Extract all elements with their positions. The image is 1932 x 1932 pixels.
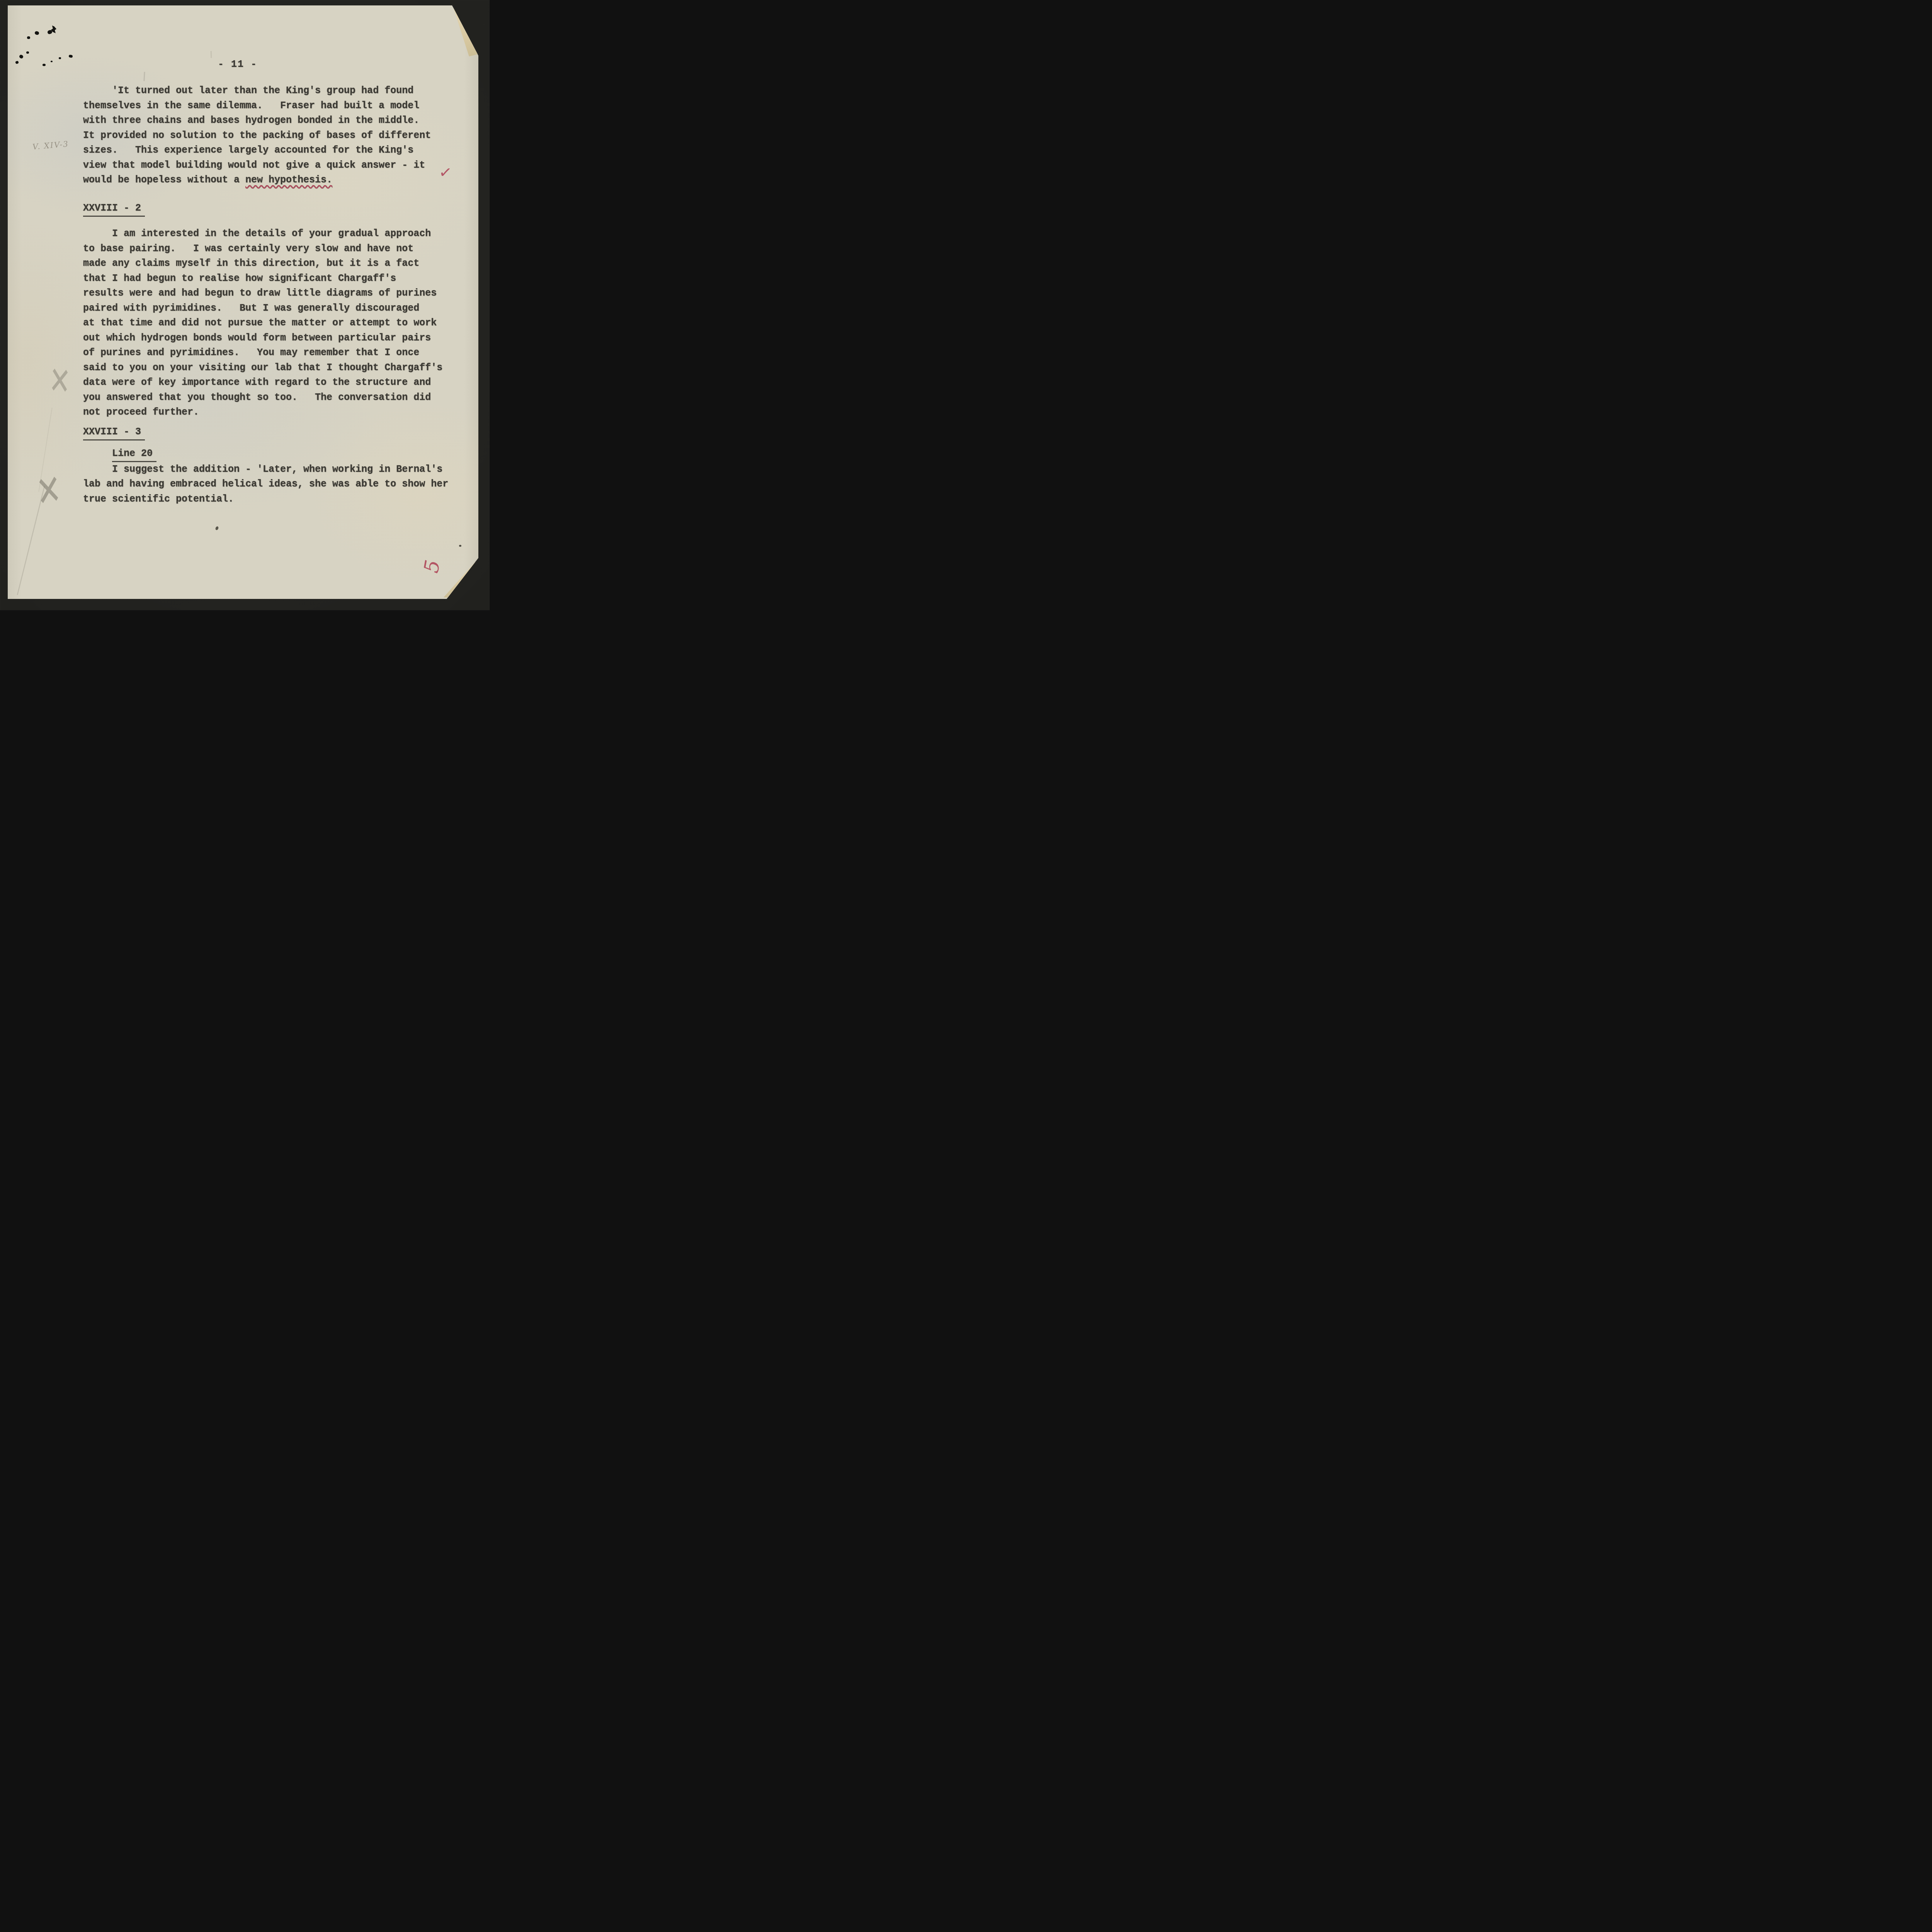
paper-hole-speck [34, 31, 39, 36]
margin-annotation: V. XIV-3 [32, 139, 69, 151]
section-heading-xxviii-3: XXVIII - 3 [83, 426, 145, 440]
section-heading-row: XXVIII - 2 [83, 202, 456, 218]
red-page-flag-number: 5 [420, 558, 445, 575]
scan-background-fabric: - 11 - V. XIV-3 'It turned out later tha… [0, 0, 490, 610]
red-underlined-phrase: new hypothesis. [245, 174, 332, 185]
pencil-smudge [143, 72, 145, 81]
typed-text-column: 'It turned out later than the King's gro… [83, 83, 456, 507]
corner-fold-bottom-right [440, 556, 478, 599]
page-number: - 11 - [2, 57, 473, 72]
paper-hole-speck [26, 51, 29, 54]
paragraph-2: I am interested in the details of your g… [83, 226, 456, 420]
paragraph-1-last-line: would be hopeless without a new hypothes… [83, 173, 456, 188]
pencil-x-mark-icon: ✕ [34, 464, 63, 517]
paragraph-3: I suggest the addition - 'Later, when wo… [83, 462, 456, 507]
red-checkmark-icon: ✓ [438, 163, 453, 182]
paper-hole-speck [27, 36, 30, 39]
subheading-line-20: Line 20 [112, 448, 156, 462]
corner-fold-top-right [444, 5, 479, 58]
ink-speck [215, 526, 219, 531]
paragraph-1-last-line-prefix: would be hopeless without a [83, 174, 245, 185]
paragraph-1: 'It turned out later than the King's gro… [83, 83, 456, 173]
pencil-x-mark-icon: ✕ [48, 359, 71, 404]
ink-speck [459, 545, 461, 547]
document-page: - 11 - V. XIV-3 'It turned out later tha… [8, 5, 478, 599]
subheading-row: Line 20 [112, 448, 456, 463]
section-heading-row: XXVIII - 3 [83, 426, 456, 441]
section-heading-xxviii-2: XXVIII - 2 [83, 202, 145, 217]
